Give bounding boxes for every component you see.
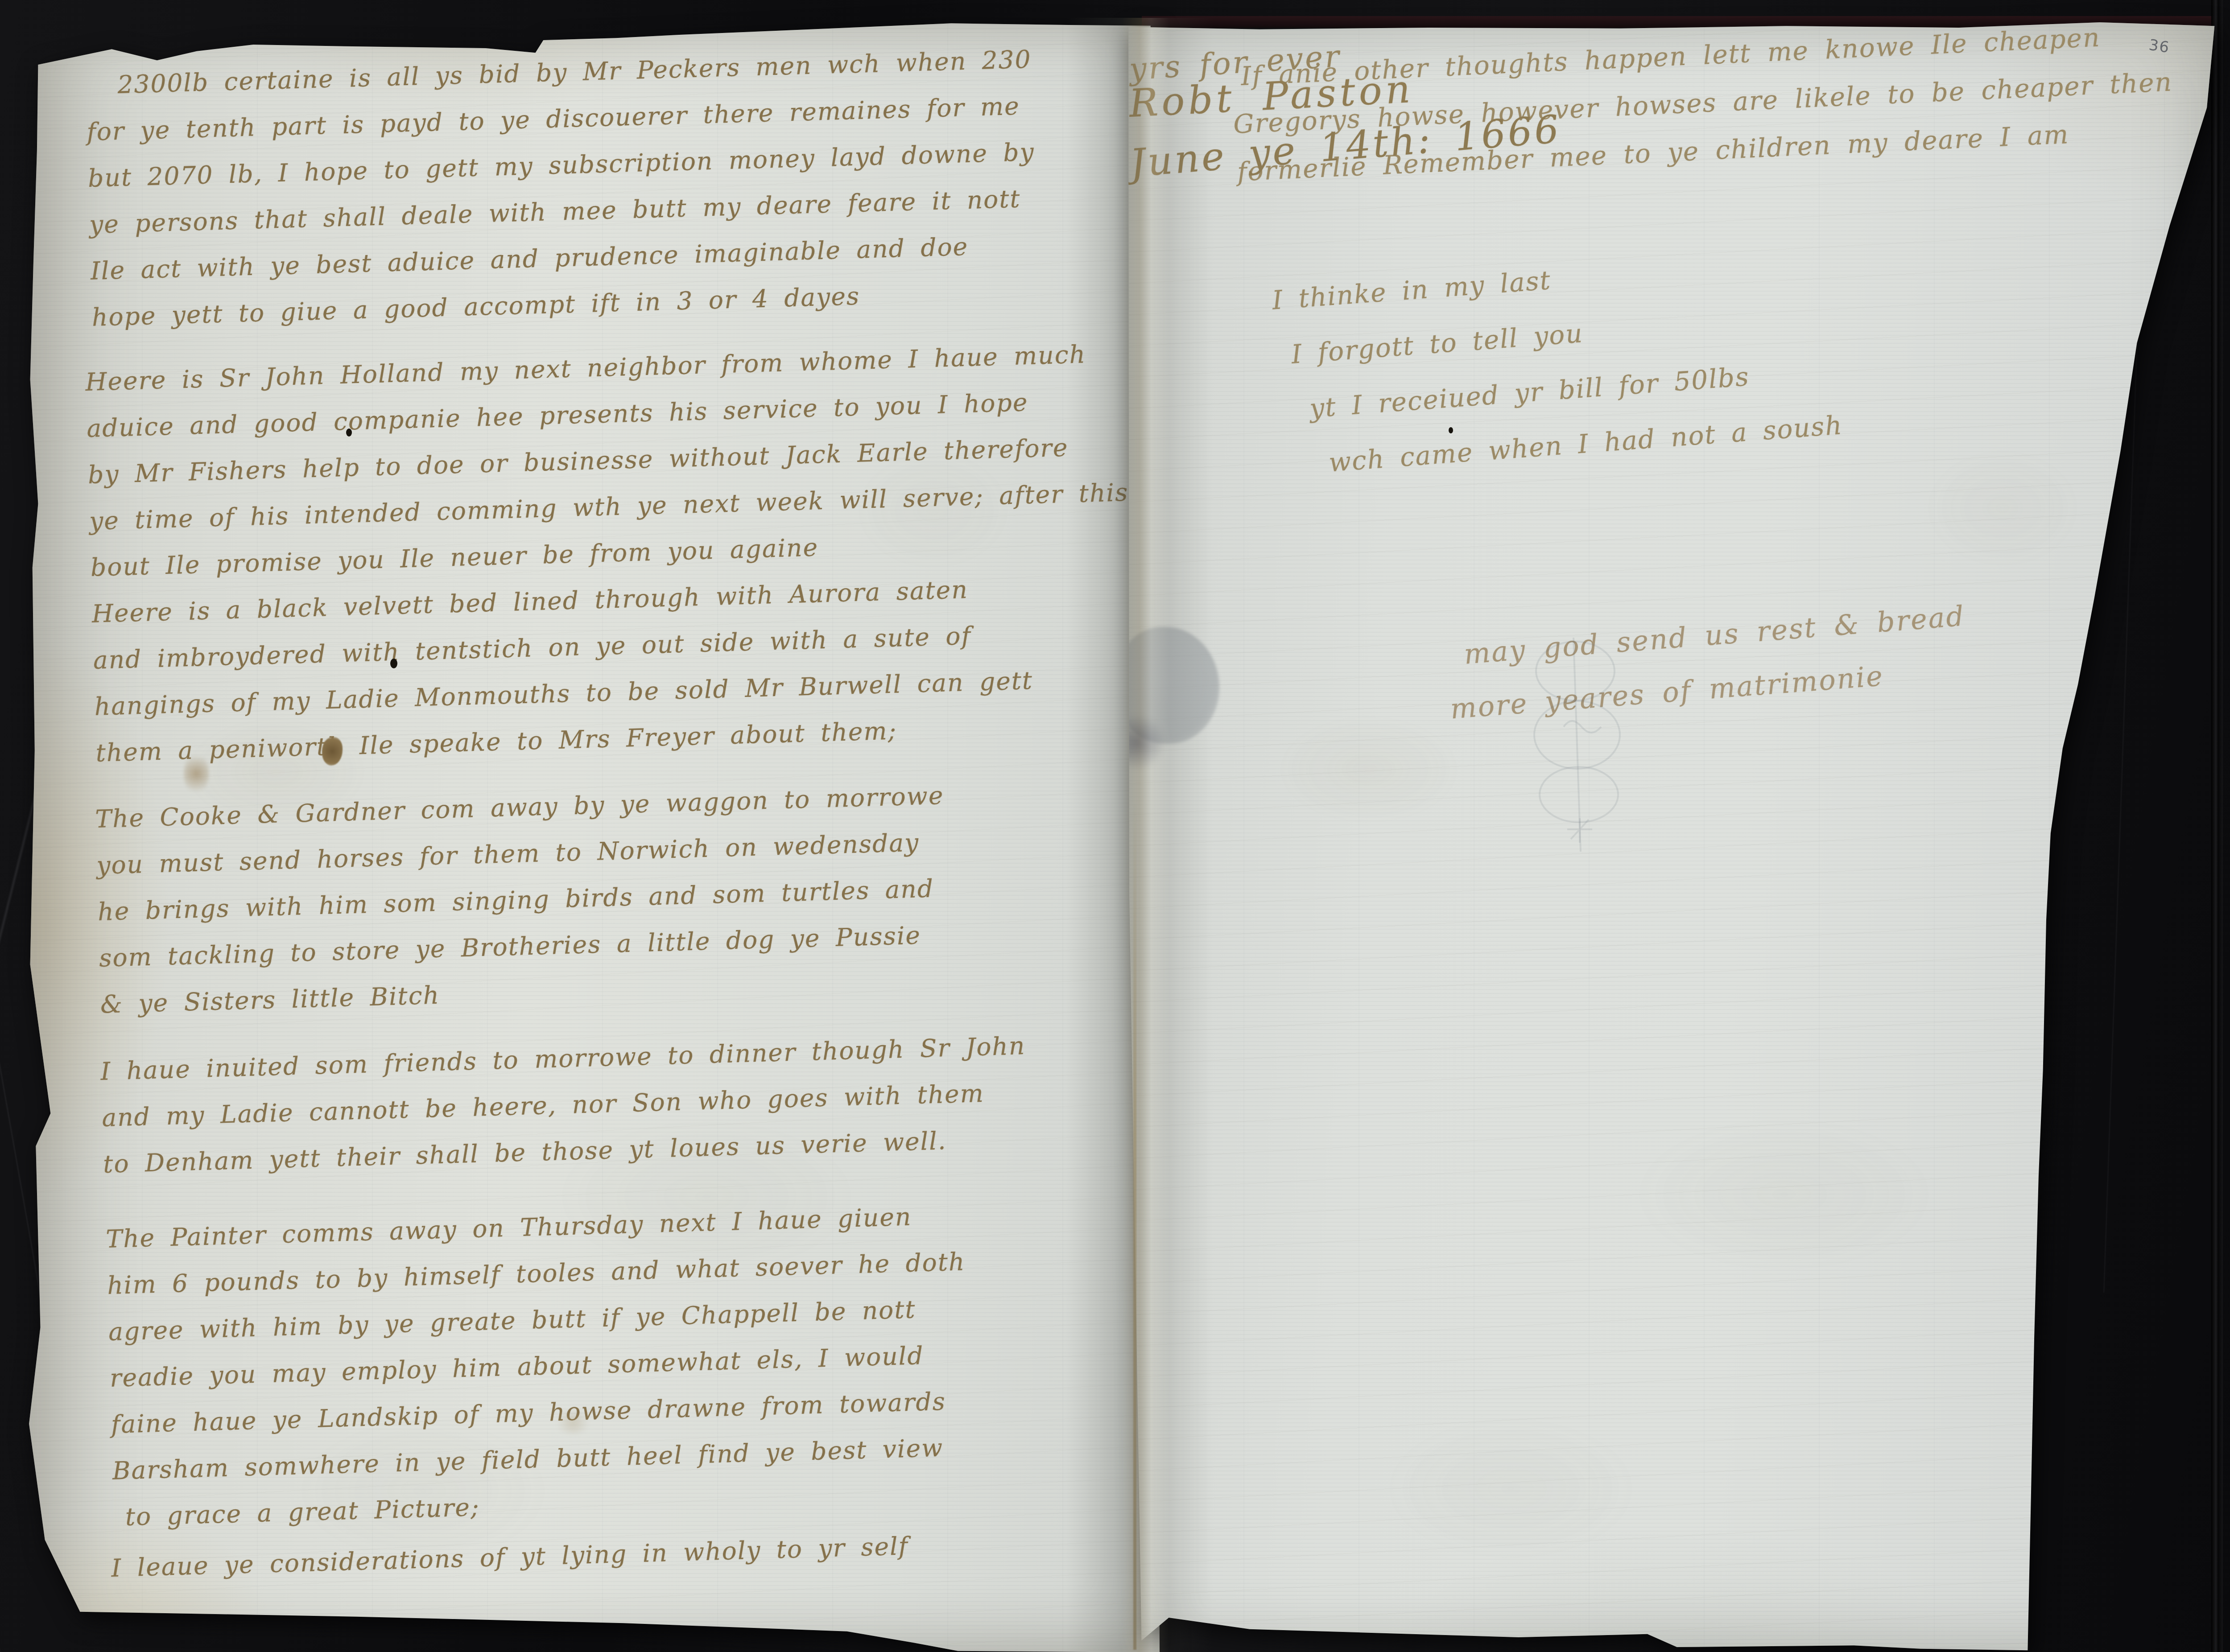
ink-speck bbox=[1449, 427, 1453, 433]
letter-page-left: 2300lb certaine is all ys bid by Mr Peck… bbox=[27, 20, 1160, 1652]
gutter-crease bbox=[1133, 803, 1136, 1650]
letter-page-left-wrap: 2300lb certaine is all ys bid by Mr Peck… bbox=[27, 20, 1160, 1652]
brown-stain bbox=[184, 752, 209, 795]
watermark-icon bbox=[1521, 620, 1628, 869]
left-paragraph-painter: The Painter comms away on Thursday next … bbox=[105, 1186, 1193, 1540]
ink-speck bbox=[390, 659, 397, 668]
foxing-spot bbox=[553, 1411, 593, 1434]
left-paragraph-cooke-gardner: The Cooke & Gardner com away by ye waggo… bbox=[95, 766, 1180, 1027]
letter-page-right-wrap: 36 If anie other thoughts happen lett me… bbox=[1128, 18, 2221, 1652]
left-paragraph-holland-bed: Heere is Sr John Holland my next neighbo… bbox=[85, 329, 1175, 776]
photograph-of-letter: 2300lb certaine is all ys bid by Mr Peck… bbox=[0, 0, 2230, 1652]
paper-hole bbox=[346, 428, 352, 437]
letter-page-right: 36 If anie other thoughts happen lett me… bbox=[1128, 18, 2221, 1652]
left-paragraph-money: 2300lb certaine is all ys bid by Mr Peck… bbox=[85, 32, 1171, 340]
